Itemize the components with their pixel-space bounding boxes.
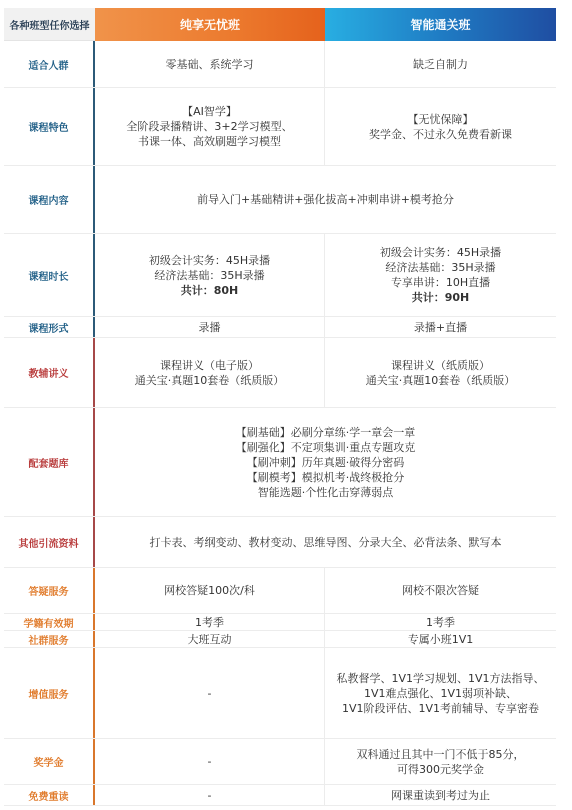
plan-b-header: 智能通关班: [325, 8, 556, 41]
row-label: 课程特色: [4, 88, 95, 165]
plan-a-cell: 初级会计实务：45H录播 经济法基础：35H录播 共计：80H: [95, 234, 325, 316]
row-label: 教辅讲义: [4, 338, 95, 407]
table-row-course-duration: 课程时长 初级会计实务：45H录播 经济法基础：35H录播 共计：80H 初级会…: [4, 234, 556, 317]
plan-a-cell: 课程讲义（电子版） 通关宝·真题10套卷（纸质版）: [95, 338, 325, 407]
row-label: 其他引流资料: [4, 517, 95, 567]
table-row-course-features: 课程特色 【AI智学】 全阶段录播精讲、3+2学习模型、 书课一体、高效刷题学习…: [4, 88, 556, 166]
plan-b-cell: 录播+直播: [325, 317, 556, 337]
plan-b-cell: 网课重读到考过为止: [325, 785, 556, 805]
row-label: 课程形式: [4, 317, 95, 337]
row-label: 增值服务: [4, 648, 95, 738]
row-label: 免费重读: [4, 785, 95, 805]
table-row-target-audience: 适合人群 零基础、系统学习 缺乏自制力: [4, 41, 556, 88]
shared-cell: 打卡表、考纲变动、教材变动、思维导图、分录大全、必背法条、默写本: [95, 517, 556, 567]
plan-a-cell: 零基础、系统学习: [95, 41, 325, 87]
plan-b-cell: 课程讲义（纸质版） 通关宝·真题10套卷（纸质版）: [325, 338, 556, 407]
row-label: 配套题库: [4, 408, 95, 516]
table-row-enrollment-validity: 学籍有效期 1考季 1考季: [4, 614, 556, 631]
plan-a-cell: 网校答疑100次/科: [95, 568, 325, 613]
corner-label: 各种班型任你选择: [4, 8, 95, 41]
plan-b-cell: 缺乏自制力: [325, 41, 556, 87]
row-label: 社群服务: [4, 631, 95, 647]
plan-a-cell: 录播: [95, 317, 325, 337]
row-label: 课程内容: [4, 166, 95, 233]
table-row-qa-service: 答疑服务 网校答疑100次/科 网校不限次答疑: [4, 568, 556, 614]
table-row-free-retake: 免费重读 - 网课重读到考过为止: [4, 785, 556, 806]
row-label: 答疑服务: [4, 568, 95, 613]
table-row-scholarship: 奖学金 - 双科通过且其中一门不低于85分， 可得300元奖学金: [4, 739, 556, 785]
table-row-course-format: 课程形式 录播 录播+直播: [4, 317, 556, 338]
table-row-question-bank: 配套题库 【刷基础】必刷分章练·学一章会一章 【刷强化】不定项集训·重点专题攻克…: [4, 408, 556, 517]
plan-a-cell: -: [95, 739, 325, 784]
row-label: 学籍有效期: [4, 614, 95, 630]
plan-a-cell: -: [95, 785, 325, 805]
table-row-value-added-service: 增值服务 - 私教督学、1V1学习规划、1V1方法指导、 1V1难点强化、1V1…: [4, 648, 556, 739]
shared-cell: 前导入门+基础精讲+强化拔高+冲刺串讲+模考抢分: [95, 166, 556, 233]
class-comparison-table: 各种班型任你选择 纯享无忧班 智能通关班 适合人群 零基础、系统学习 缺乏自制力…: [4, 8, 556, 806]
plan-b-cell: 1考季: [325, 614, 556, 630]
plan-a-cell: -: [95, 648, 325, 738]
total-hours: 共计：90H: [412, 290, 470, 305]
plan-b-cell: 双科通过且其中一门不低于85分， 可得300元奖学金: [325, 739, 556, 784]
plan-b-cell: 【无忧保障】 奖学金、不过永久免费看新课: [325, 88, 556, 165]
plan-a-cell: 大班互动: [95, 631, 325, 647]
plan-b-cell: 网校不限次答疑: [325, 568, 556, 613]
row-label: 课程时长: [4, 234, 95, 316]
plan-b-cell: 私教督学、1V1学习规划、1V1方法指导、 1V1难点强化、1V1弱项补缺、 1…: [325, 648, 556, 738]
plan-a-header: 纯享无忧班: [95, 8, 325, 41]
table-header: 各种班型任你选择 纯享无忧班 智能通关班: [4, 8, 556, 41]
row-label: 奖学金: [4, 739, 95, 784]
plan-a-cell: 【AI智学】 全阶段录播精讲、3+2学习模型、 书课一体、高效刷题学习模型: [95, 88, 325, 165]
table-row-community-service: 社群服务 大班互动 专属小班1V1: [4, 631, 556, 648]
total-hours: 共计：80H: [181, 283, 239, 298]
plan-b-cell: 专属小班1V1: [325, 631, 556, 647]
table-row-materials: 教辅讲义 课程讲义（电子版） 通关宝·真题10套卷（纸质版） 课程讲义（纸质版）…: [4, 338, 556, 408]
plan-b-cell: 初级会计实务：45H录播 经济法基础：35H录播 专享串讲：10H直播 共计：9…: [325, 234, 556, 316]
table-row-course-content: 课程内容 前导入门+基础精讲+强化拔高+冲刺串讲+模考抢分: [4, 166, 556, 234]
shared-cell: 【刷基础】必刷分章练·学一章会一章 【刷强化】不定项集训·重点专题攻克 【刷冲刺…: [95, 408, 556, 516]
plan-a-cell: 1考季: [95, 614, 325, 630]
table-row-extra-materials: 其他引流资料 打卡表、考纲变动、教材变动、思维导图、分录大全、必背法条、默写本: [4, 517, 556, 568]
row-label: 适合人群: [4, 41, 95, 87]
